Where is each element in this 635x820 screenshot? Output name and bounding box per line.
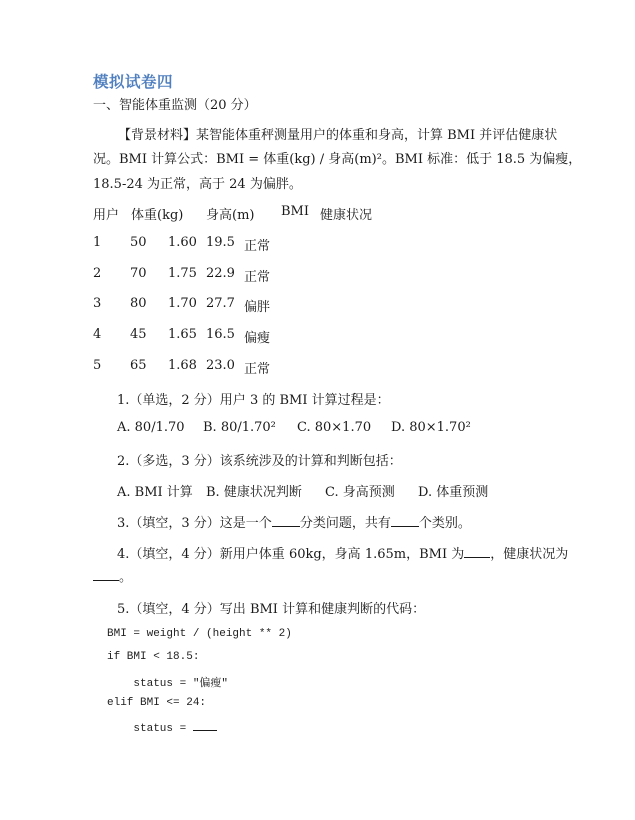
table-cell: 5	[93, 358, 101, 373]
question-5-stem: 5.（填空，4 分）写出 BMI 计算和健康判断的代码：	[117, 598, 425, 617]
table-cell: 偏瘦	[244, 327, 270, 346]
background-line-2: 况。BMI 计算公式：BMI = 体重(kg) / 身高(m)²。BMI 标准：…	[93, 148, 581, 167]
table-cell: 正常	[244, 358, 270, 377]
code-line-2: if BMI < 18.5:	[107, 651, 199, 663]
table-cell: 3	[93, 296, 101, 311]
q1-option-a: A. 80/1.70	[117, 420, 185, 435]
table-cell: 正常	[244, 235, 270, 254]
q4-blank-bmi[interactable]	[464, 545, 490, 558]
table-cell: 16.5	[206, 327, 235, 342]
table-cell: 4	[93, 327, 101, 342]
background-line-1: 【背景材料】某智能体重秤测量用户的体重和身高，计算 BMI 并评估健康状	[118, 124, 557, 143]
q2-option-a: A. BMI 计算	[117, 481, 193, 500]
table-header-user: 用户	[93, 204, 119, 223]
code-blank[interactable]	[193, 720, 217, 731]
table-cell: 1.75	[168, 266, 197, 281]
q4-text-part-3: 。	[119, 570, 132, 585]
background-line-3: 18.5-24 为正常，高于 24 为偏胖。	[93, 173, 302, 192]
table-header-weight: 体重(kg)	[131, 204, 183, 223]
table-cell: 50	[130, 235, 147, 250]
table-header-height: 身高(m)	[206, 204, 254, 223]
q2-option-b: B. 健康状况判断	[206, 481, 302, 500]
exam-page: 模拟试卷四 一、智能体重监测（20 分） 【背景材料】某智能体重秤测量用户的体重…	[0, 0, 635, 820]
question-2-stem: 2.（多选，3 分）该系统涉及的计算和判断包括：	[117, 450, 402, 469]
q4-text-part-2: ，健康状况为	[490, 547, 568, 562]
table-cell: 1.70	[168, 296, 197, 311]
q3-text-part-2: 分类问题，共有	[300, 516, 391, 531]
q3-text-part-1: 3.（填空，3 分）这是一个	[117, 516, 272, 531]
table-cell: 22.9	[206, 266, 235, 281]
q4-blank-status[interactable]	[93, 568, 119, 581]
q1-option-d: D. 80×1.70²	[391, 420, 471, 435]
code-line-5-text: status =	[107, 723, 193, 735]
table-cell: 19.5	[206, 235, 235, 250]
code-line-3: status = "偏瘦"	[107, 674, 228, 690]
q4-text-part-1: 4.（填空，4 分）新用户体重 60kg，身高 1.65m，BMI 为	[117, 547, 464, 562]
table-cell: 80	[130, 296, 147, 311]
q3-blank-1[interactable]	[272, 514, 300, 527]
q2-option-c: C. 身高预测	[325, 481, 395, 500]
question-3-stem: 3.（填空，3 分）这是一个分类问题，共有个类别。	[117, 512, 471, 531]
table-cell: 70	[130, 266, 147, 281]
table-cell: 1.60	[168, 235, 197, 250]
question-4-continuation: 。	[93, 566, 132, 585]
table-header-bmi: BMI	[281, 204, 309, 219]
table-cell: 23.0	[206, 358, 235, 373]
q3-text-part-3: 个类别。	[419, 516, 471, 531]
q3-blank-2[interactable]	[391, 514, 419, 527]
table-cell: 偏胖	[244, 296, 270, 315]
question-4-stem: 4.（填空，4 分）新用户体重 60kg，身高 1.65m，BMI 为，健康状况…	[117, 543, 568, 562]
code-line-1: BMI = weight / (height ** 2)	[107, 628, 292, 640]
table-cell: 2	[93, 266, 101, 281]
exam-title: 模拟试卷四	[93, 70, 173, 92]
table-cell: 1	[93, 235, 101, 250]
table-header-status: 健康状况	[320, 204, 372, 223]
question-1-stem: 1.（单选，2 分）用户 3 的 BMI 计算过程是：	[117, 389, 390, 408]
section-heading: 一、智能体重监测（20 分）	[93, 94, 257, 113]
q1-option-c: C. 80×1.70	[297, 420, 371, 435]
code-line-5: status =	[107, 720, 217, 735]
table-cell: 1.65	[168, 327, 197, 342]
table-cell: 65	[130, 358, 147, 373]
code-line-4: elif BMI <= 24:	[107, 697, 206, 709]
q1-option-b: B. 80/1.70²	[203, 420, 276, 435]
q2-option-d: D. 体重预测	[418, 481, 488, 500]
table-cell: 正常	[244, 266, 270, 285]
table-cell: 45	[130, 327, 147, 342]
table-cell: 1.68	[168, 358, 197, 373]
table-cell: 27.7	[206, 296, 235, 311]
